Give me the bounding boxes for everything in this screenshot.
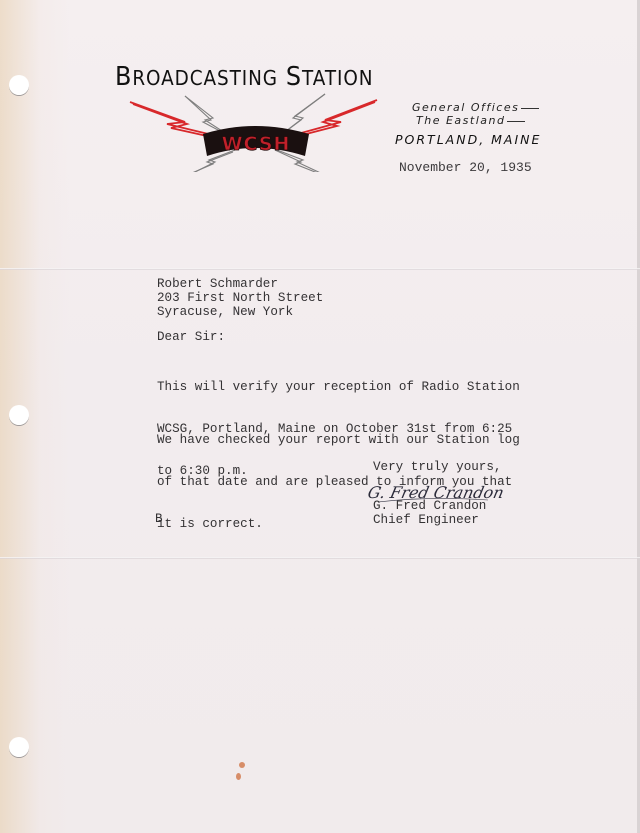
paragraph-2-line: We have checked your report with our Sta… [157, 433, 520, 447]
punch-hole-top [9, 75, 29, 95]
recipient-block: Robert Schmarder203 First North StreetSy… [157, 277, 323, 319]
offices-line-2: The Eastland [416, 114, 505, 127]
recipient-street: 203 First North Street [157, 291, 323, 305]
fold-line-lower [0, 557, 640, 559]
fold-line-upper [0, 268, 640, 270]
letter-date: November 20, 1935 [399, 160, 532, 175]
paragraph-1-line: This will verify your reception of Radio… [157, 380, 520, 394]
closing: Very truly yours, [373, 460, 501, 474]
signer-name: G. Fred Crandon [373, 499, 486, 513]
call-sign: WCSH [222, 133, 291, 155]
rust-stain [239, 762, 245, 768]
offices-address: General Offices The Eastland [412, 101, 539, 127]
recipient-city: Syracuse, New York [157, 305, 323, 319]
wcsh-lightning-logo-icon: WCSH [125, 92, 385, 172]
punch-hole-bottom [9, 737, 29, 757]
letterhead-title: BROADCASTING STATION [115, 62, 373, 92]
rust-stain [236, 773, 241, 780]
typist-initial: B [155, 512, 163, 526]
signer-block: G. Fred CrandonChief Engineer [373, 499, 486, 527]
signer-title: Chief Engineer [373, 513, 486, 527]
letterhead-city: PORTLAND, MAINE [395, 132, 541, 147]
salutation: Dear Sir: [157, 330, 225, 344]
recipient-name: Robert Schmarder [157, 277, 323, 291]
punch-hole-middle [9, 405, 29, 425]
offices-line-1: General Offices [412, 101, 519, 114]
